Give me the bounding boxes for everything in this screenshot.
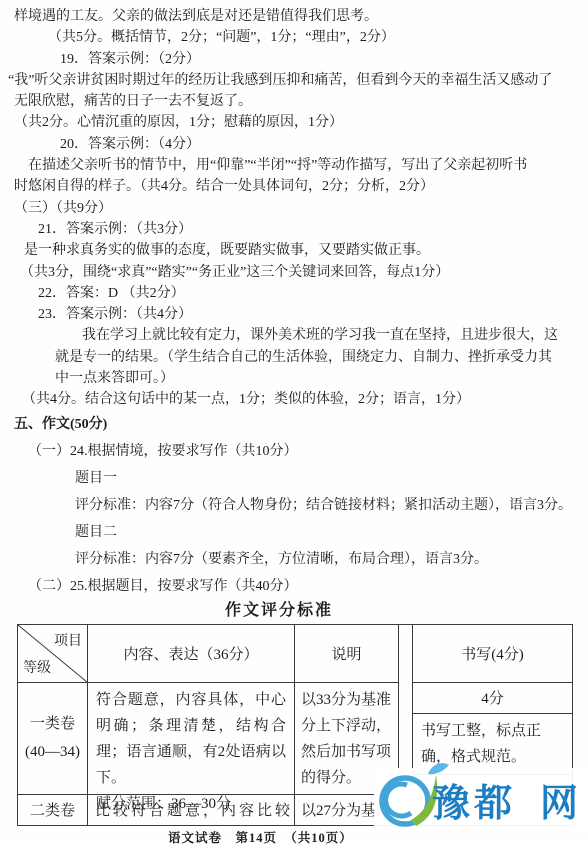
corner-label-grade: 等级 xyxy=(23,657,51,677)
answer-19-heading: 19．答案示例：（2分） xyxy=(0,49,588,70)
body-line: 时悠闲自得的样子。（共4分。结合一处具体词句，2分；分析，2分） xyxy=(0,176,588,197)
essay-section: 五、作文(50分) （一）24.根据情境，按要求写作（共10分） 题目一 评分标… xyxy=(0,411,588,600)
writing-score: 4分 xyxy=(413,683,572,714)
essay-section-heading: 五、作文(50分) xyxy=(0,411,588,438)
svg-text:豫都: 豫都 xyxy=(432,783,516,825)
body-line: 样境遇的工友。父亲的做法到底是对还是错值得我们思考。 xyxy=(0,6,588,27)
score-note-line: （共4分。结合这句话中的某一点，1分；类似的体验，2分；语言，1分） xyxy=(0,389,588,410)
body-line: 中一点来答即可。） xyxy=(0,368,588,389)
corner-label-item: 项目 xyxy=(54,630,82,650)
column-header-note: 说明 xyxy=(295,625,398,683)
body-line: 是一种求真务实的做事的态度，既要踏实做事，又要踏实做正事。 xyxy=(0,240,588,261)
grade-one-label: 一类卷 xyxy=(30,710,75,738)
table-title: 作文评分标准 xyxy=(1,600,557,624)
topic-two-criteria: 评分标准：内容7分（要素齐全，方位清晰，布局合理），语言3分。 xyxy=(0,546,588,573)
body-line: 在描述父亲听书的情节中，用“仰靠”“半闭”“捋”等动作描写，写出了父亲起初听书 xyxy=(0,155,588,176)
score-note-line: （共5分。概括情节，2分；“问题”，1分；“理由”，2分） xyxy=(0,27,588,48)
answer-21-heading: 21．答案示例：（共3分） xyxy=(0,219,588,240)
answer-22-line: 22．答案：D （共2分） xyxy=(0,283,588,304)
grade-one-content-cell: 符合题意，内容具体，中心明确；条理清楚，结构合理；语言通顺，有2处语病以下。 赋… xyxy=(88,683,295,795)
body-line: 我在学习上就比较有定力，课外美术班的学习我一直在坚持，且进步很大，这 xyxy=(0,325,588,346)
score-note-line: （共2分。心情沉重的原因，1分；慰藉的原因，1分） xyxy=(0,112,588,133)
answer-key-section: 样境遇的工友。父亲的做法到底是对还是错值得我们思考。 （共5分。概括情节，2分；… xyxy=(0,0,588,411)
document-page: 样境遇的工友。父亲的做法到底是对还是错值得我们思考。 （共5分。概括情节，2分；… xyxy=(0,0,588,844)
body-line: 无限欣慰，痛苦的日子一去不复返了。 xyxy=(0,91,588,112)
yudu-logo-icon: 豫都 网 xyxy=(372,760,588,840)
answer-20-heading: 20．答案示例：（4分） xyxy=(0,134,588,155)
grade-one-cell: 一类卷 (40—34) xyxy=(18,683,88,795)
section-three-heading: （三）（共9分） xyxy=(0,198,588,219)
topic-two-label: 题目二 xyxy=(0,519,588,546)
topic-one-label: 题目一 xyxy=(0,465,588,492)
body-line: 就是专一的结果。（学生结合自己的生活体验，围绕定力、自制力、挫折承受力其 xyxy=(0,347,588,368)
grade-two-content-cell: 比较符合题意，内容比较具 xyxy=(88,795,295,825)
column-header-writing: 书写(4分) xyxy=(413,625,572,683)
question-25-heading: （二）25.根据题目，按要求写作（共40分） xyxy=(0,573,588,600)
page-footer: 语文试卷 第14页 （共10页） xyxy=(168,828,353,844)
body-line: “我”听父亲讲贫困时期过年的经历让我感到压抑和痛苦，但看到今天的幸福生活又感动了 xyxy=(0,70,588,91)
grade-two-cell: 二类卷 xyxy=(18,795,88,825)
table-corner-cell: 项目 等级 xyxy=(18,625,88,683)
answer-23-heading: 23．答案示例：（共4分） xyxy=(0,304,588,325)
question-24-heading: （一）24.根据情境，按要求写作（共10分） xyxy=(0,438,588,465)
svg-text:网: 网 xyxy=(540,783,578,825)
column-header-content: 内容、表达（36分） xyxy=(88,625,295,683)
score-note-line: （共3分，围绕“求真”“踏实”“务正业”这三个关键词来回答，每点1分） xyxy=(0,262,588,283)
grade-one-range: (40—34) xyxy=(25,738,80,766)
grade-one-content: 符合题意，内容具体，中心明确；条理清楚，结构合理；语言通顺，有2处语病以下。 xyxy=(96,692,286,786)
yudu-watermark: 豫都 网 xyxy=(372,760,588,840)
topic-one-criteria: 评分标准：内容7分（符合人物身份；结合链接材料；紧扣活动主题），语言3分。 xyxy=(0,492,588,519)
